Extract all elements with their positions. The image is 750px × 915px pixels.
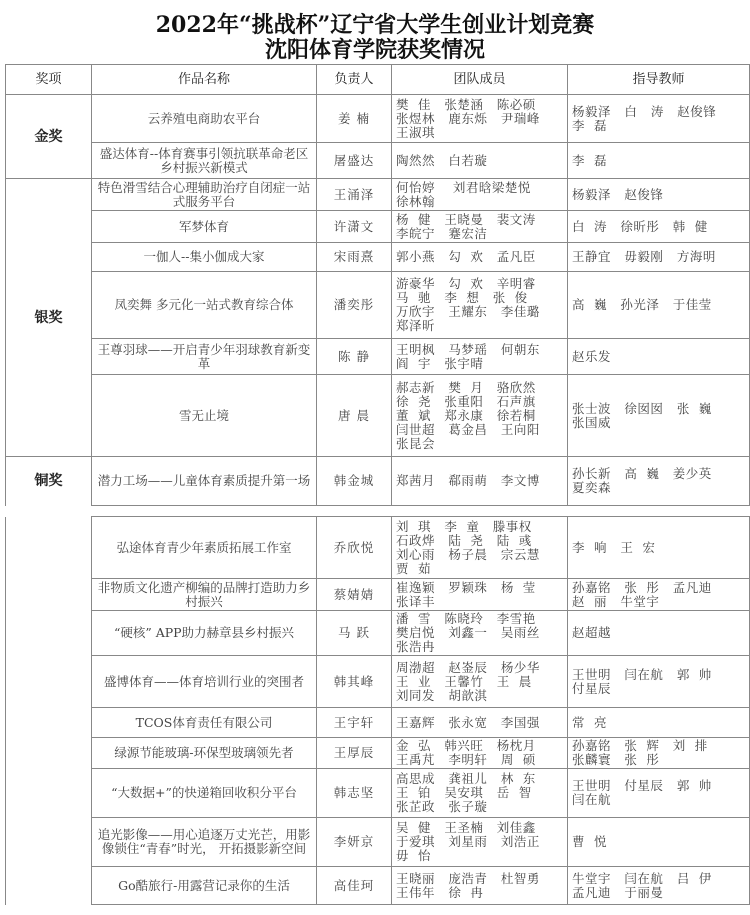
advisors: 李 磊 (568, 143, 750, 179)
name-line: 曹 悦 (572, 835, 745, 849)
name-line: 孙嘉铭 张 彤 孟凡迪 (572, 581, 745, 595)
table-header-row: 奖项 作品名称 负责人 团队成员 指导教师 (6, 65, 750, 95)
leader: 马 跃 (317, 611, 392, 656)
awards-table-part1: 奖项 作品名称 负责人 团队成员 指导教师 金奖 云养殖电商助农平台 姜 楠 樊… (5, 64, 750, 506)
name-line: 赵超越 (572, 626, 745, 640)
members: 王明枫 马梦瑶 何朝东阎 宇 张宇晴 (392, 339, 568, 375)
award-gold: 金奖 (6, 95, 92, 179)
name-line: 高思成 龚祖儿 林 东 (396, 772, 563, 786)
header-members: 团队成员 (392, 65, 568, 95)
members: 崔逸颖 罗颖珠 杨 莹张译丰 (392, 579, 568, 611)
advisors: 常 亮 (568, 708, 750, 738)
name-line: 王淑琪 (396, 126, 563, 140)
work-name: 雪无止境 (92, 375, 317, 457)
table-row: 雪无止境 唐 晨 郝志新 樊 月 骆欣然徐 尧 张重阳 石声旗董 斌 郑永康 徐… (6, 375, 750, 457)
table-row: “硬核” APP助力赫章县乡村振兴 马 跃 潘 雪 陈晓玲 李雪艳樊启悦 刘鑫一… (6, 611, 750, 656)
name-line: 李 磊 (572, 119, 745, 133)
leader: 陈 静 (317, 339, 392, 375)
name-line: 郑茜月 郗雨萌 李文博 (396, 474, 563, 488)
advisors: 白 涛 徐昕彤 韩 健 (568, 211, 750, 243)
name-line: 李 磊 (572, 154, 745, 168)
name-line: 李皖宁 蹇宏洁 (396, 227, 563, 241)
name-line: 王禹芃 李明轩 周 硕 (396, 753, 563, 767)
name-line: 万欣宇 王耀东 李佳璐 (396, 305, 563, 319)
name-line: 刘同发 胡歆淇 (396, 689, 563, 703)
name-line: 何怡婷 刘君晗梁楚悦 (396, 181, 563, 195)
work-name: 凤奕舞 多元化一站式教育综合体 (92, 272, 317, 339)
advisors: 赵超越 (568, 611, 750, 656)
name-line: 马 驰 李 想 张 俊 (396, 291, 563, 305)
advisors: 高 巍 孙光泽 于佳莹 (568, 272, 750, 339)
name-line: 张国威 (572, 416, 745, 430)
name-line: 徐林翰 (396, 195, 563, 209)
name-line: 毋 怡 (396, 849, 563, 863)
leader: 乔欣悦 (317, 517, 392, 579)
members: 潘 雪 陈晓玲 李雪艳樊启悦 刘鑫一 吴雨丝张浩冉 (392, 611, 568, 656)
members: 金 弘 韩兴旺 杨枕月王禹芃 李明轩 周 硕 (392, 738, 568, 769)
leader: 王涌泽 (317, 179, 392, 211)
name-line: 吴 健 王圣楠 刘佳鑫 (396, 821, 563, 835)
work-name: 盛博体育——体育培训行业的突围者 (92, 656, 317, 708)
leader: 唐 晨 (317, 375, 392, 457)
advisors: 张士波 徐囡囡 张 巍张国威 (568, 375, 750, 457)
name-line: 于爱琪 刘星雨 刘浩正 (396, 835, 563, 849)
advisors: 孙嘉铭 张 辉 刘 排张麟寰 张 彤 (568, 738, 750, 769)
members: 游豪华 勾 欢 辛明睿马 驰 李 想 张 俊万欣宇 王耀东 李佳璐郑泽昕 (392, 272, 568, 339)
members: 郑茜月 郗雨萌 李文博 (392, 457, 568, 506)
table-row: 金奖 云养殖电商助农平台 姜 楠 樊 佳 张楚涵 陈必硕张煜林 鹿东烁 尹瑞峰王… (6, 95, 750, 143)
table-row: 追光影像——用心追逐万丈光芒，用影像锁住“青春”时光， 开拓摄影新空间 李妍京 … (6, 818, 750, 867)
members: 吴 健 王圣楠 刘佳鑫于爱琪 刘星雨 刘浩正毋 怡 (392, 818, 568, 867)
advisors: 杨毅泽 赵俊锋 (568, 179, 750, 211)
members: 王嘉辉 张永宽 李国强 (392, 708, 568, 738)
members: 郝志新 樊 月 骆欣然徐 尧 张重阳 石声旗董 斌 郑永康 徐若桐闫世超 葛金昌… (392, 375, 568, 457)
header-leader: 负责人 (317, 65, 392, 95)
page-title-line2: 沈阳体育学院获奖情况 (0, 33, 750, 64)
name-line: 郑泽昕 (396, 319, 563, 333)
header-advisors: 指导教师 (568, 65, 750, 95)
name-line: 石政烨 陆 尧 陆 彧 (396, 534, 563, 548)
name-line: 刘心雨 杨子晨 宗云慧 (396, 548, 563, 562)
work-name: 王尊羽球——开启青少年羽球教育新变革 (92, 339, 317, 375)
members: 陶然然 白若璇 (392, 143, 568, 179)
advisors: 李 响 王 宏 (568, 517, 750, 579)
leader: 许潇文 (317, 211, 392, 243)
name-line: 张译丰 (396, 595, 563, 609)
name-line: 董 斌 郑永康 徐若桐 (396, 409, 563, 423)
work-name: 非物质文化遗产柳编的品牌打造助力乡村振兴 (92, 579, 317, 611)
name-line: 樊 佳 张楚涵 陈必硕 (396, 98, 563, 112)
advisors: 孙长新 高 巍 姜少英夏奕森 (568, 457, 750, 506)
award-silver: 银奖 (6, 179, 92, 457)
leader: 韩志坚 (317, 769, 392, 818)
name-line: 闫世超 葛金昌 王向阳 (396, 423, 563, 437)
work-name: 一伽人--集小伽成大家 (92, 243, 317, 272)
work-name: 军梦体育 (92, 211, 317, 243)
header-award: 奖项 (6, 65, 92, 95)
name-line: 王世明 付星辰 郭 帅 (572, 779, 745, 793)
work-name: “硬核” APP助力赫章县乡村振兴 (92, 611, 317, 656)
work-name: 绿源节能玻璃-环保型玻璃领先者 (92, 738, 317, 769)
name-line: 徐 尧 张重阳 石声旗 (396, 395, 563, 409)
name-line: 王伟年 徐 冉 (396, 886, 563, 900)
advisors: 王世明 闫在航 郭 帅付星辰 (568, 656, 750, 708)
name-line: 王嘉辉 张永宽 李国强 (396, 716, 563, 730)
name-line: 王静宜 毋毅刚 方海明 (572, 250, 745, 264)
name-line: 郭小燕 勾 欢 孟凡臣 (396, 250, 563, 264)
work-name: TCOS体育责任有限公司 (92, 708, 317, 738)
name-line: 孟凡迪 于丽曼 (572, 886, 745, 900)
table-row: 绿源节能玻璃-环保型玻璃领先者 王厚辰 金 弘 韩兴旺 杨枕月王禹芃 李明轩 周… (6, 738, 750, 769)
advisors: 曹 悦 (568, 818, 750, 867)
work-name: “大数据+”的快递箱回收积分平台 (92, 769, 317, 818)
name-line: 潘 雪 陈晓玲 李雪艳 (396, 612, 563, 626)
award-bronze: 铜奖 (6, 457, 92, 506)
leader: 高佳珂 (317, 867, 392, 905)
leader: 李妍京 (317, 818, 392, 867)
advisors: 王静宜 毋毅刚 方海明 (568, 243, 750, 272)
name-line: 常 亮 (572, 716, 745, 730)
name-line: 李 响 王 宏 (572, 541, 745, 555)
name-line: 金 弘 韩兴旺 杨枕月 (396, 739, 563, 753)
work-name: 特色滑雪结合心理辅助治疗自闭症一站式服务平台 (92, 179, 317, 211)
table-row: 银奖 特色滑雪结合心理辅助治疗自闭症一站式服务平台 王涌泽 何怡婷 刘君晗梁楚悦… (6, 179, 750, 211)
name-line: 牛堂宇 闫在航 吕 伊 (572, 872, 745, 886)
leader: 韩其峰 (317, 656, 392, 708)
work-name: 潜力工场——儿童体育素质提升第一场 (92, 457, 317, 506)
members: 杨 健 王晓曼 裴文涛李皖宁 蹇宏洁 (392, 211, 568, 243)
table-row: 盛博体育——体育培训行业的突围者 韩其峰 周渤超 赵崟辰 杨少华王 业 王馨竹 … (6, 656, 750, 708)
name-line: 杨 健 王晓曼 裴文涛 (396, 213, 563, 227)
name-line: 陶然然 白若璇 (396, 154, 563, 168)
members: 王晓丽 庞浩青 杜智勇王伟年 徐 冉 (392, 867, 568, 905)
advisors: 牛堂宇 闫在航 吕 伊孟凡迪 于丽曼 (568, 867, 750, 905)
work-name: Go酷旅行-用露营记录你的生活 (92, 867, 317, 905)
name-line: 郝志新 樊 月 骆欣然 (396, 381, 563, 395)
name-line: 张麟寰 张 彤 (572, 753, 745, 767)
leader: 屠盛达 (317, 143, 392, 179)
work-name: 盛达体育--体育赛事引领抗联革命老区乡村振兴新模式 (92, 143, 317, 179)
name-line: 赵 丽 牛堂宇 (572, 595, 745, 609)
advisors: 王世明 付星辰 郭 帅闫在航 (568, 769, 750, 818)
name-line: 王明枫 马梦瑶 何朝东 (396, 343, 563, 357)
table-row: 凤奕舞 多元化一站式教育综合体 潘奕彤 游豪华 勾 欢 辛明睿马 驰 李 想 张… (6, 272, 750, 339)
table-row: 弘途体育青少年素质拓展工作室 乔欣悦 刘 琪 李 童 滕事权石政烨 陆 尧 陆 … (6, 517, 750, 579)
advisors: 杨毅泽 白 涛 赵俊锋李 磊 (568, 95, 750, 143)
advisors: 赵乐发 (568, 339, 750, 375)
name-line: 孙长新 高 巍 姜少英 (572, 467, 745, 481)
table-row: Go酷旅行-用露营记录你的生活 高佳珂 王晓丽 庞浩青 杜智勇王伟年 徐 冉 牛… (6, 867, 750, 905)
work-name: 弘途体育青少年素质拓展工作室 (92, 517, 317, 579)
table-row: 非物质文化遗产柳编的品牌打造助力乡村振兴 蔡婧婧 崔逸颖 罗颖珠 杨 莹张译丰 … (6, 579, 750, 611)
award-bronze-continued (6, 517, 92, 905)
leader: 姜 楠 (317, 95, 392, 143)
members: 周渤超 赵崟辰 杨少华王 业 王馨竹 王 晨刘同发 胡歆淇 (392, 656, 568, 708)
name-line: 樊启悦 刘鑫一 吴雨丝 (396, 626, 563, 640)
name-line: 孙嘉铭 张 辉 刘 排 (572, 739, 745, 753)
name-line: 阎 宇 张宇晴 (396, 357, 563, 371)
name-line: 高 巍 孙光泽 于佳莹 (572, 298, 745, 312)
members: 郭小燕 勾 欢 孟凡臣 (392, 243, 568, 272)
members: 何怡婷 刘君晗梁楚悦徐林翰 (392, 179, 568, 211)
table-row: 铜奖 潜力工场——儿童体育素质提升第一场 韩金城 郑茜月 郗雨萌 李文博 孙长新… (6, 457, 750, 506)
name-line: 王 铂 吴安琪 岳 智 (396, 786, 563, 800)
name-line: 张昆会 (396, 437, 563, 451)
members: 刘 琪 李 童 滕事权石政烨 陆 尧 陆 彧刘心雨 杨子晨 宗云慧贾 茹 (392, 517, 568, 579)
name-line: 杨毅泽 白 涛 赵俊锋 (572, 105, 745, 119)
table-row: 盛达体育--体育赛事引领抗联革命老区乡村振兴新模式 屠盛达 陶然然 白若璇 李 … (6, 143, 750, 179)
table-row: 一伽人--集小伽成大家 宋雨熹 郭小燕 勾 欢 孟凡臣 王静宜 毋毅刚 方海明 (6, 243, 750, 272)
leader: 王厚辰 (317, 738, 392, 769)
name-line: 王 业 王馨竹 王 晨 (396, 675, 563, 689)
name-line: 赵乐发 (572, 350, 745, 364)
name-line: 游豪华 勾 欢 辛明睿 (396, 277, 563, 291)
name-line: 刘 琪 李 童 滕事权 (396, 520, 563, 534)
name-line: 张芷政 张子璇 (396, 800, 563, 814)
leader: 宋雨熹 (317, 243, 392, 272)
table-row: 军梦体育 许潇文 杨 健 王晓曼 裴文涛李皖宁 蹇宏洁 白 涛 徐昕彤 韩 健 (6, 211, 750, 243)
name-line: 付星辰 (572, 682, 745, 696)
name-line: 张浩冉 (396, 640, 563, 654)
name-line: 贾 茹 (396, 562, 563, 576)
leader: 蔡婧婧 (317, 579, 392, 611)
name-line: 张煜林 鹿东烁 尹瑞峰 (396, 112, 563, 126)
leader: 王宇轩 (317, 708, 392, 738)
awards-table-part2: 弘途体育青少年素质拓展工作室 乔欣悦 刘 琪 李 童 滕事权石政烨 陆 尧 陆 … (5, 516, 750, 905)
advisors: 孙嘉铭 张 彤 孟凡迪赵 丽 牛堂宇 (568, 579, 750, 611)
members: 樊 佳 张楚涵 陈必硕张煜林 鹿东烁 尹瑞峰王淑琪 (392, 95, 568, 143)
work-name: 云养殖电商助农平台 (92, 95, 317, 143)
table-row: “大数据+”的快递箱回收积分平台 韩志坚 高思成 龚祖儿 林 东王 铂 吴安琪 … (6, 769, 750, 818)
header-work: 作品名称 (92, 65, 317, 95)
members: 高思成 龚祖儿 林 东王 铂 吴安琪 岳 智张芷政 张子璇 (392, 769, 568, 818)
table-row: 王尊羽球——开启青少年羽球教育新变革 陈 静 王明枫 马梦瑶 何朝东阎 宇 张宇… (6, 339, 750, 375)
name-line: 王世明 闫在航 郭 帅 (572, 668, 745, 682)
table-row: TCOS体育责任有限公司 王宇轩 王嘉辉 张永宽 李国强 常 亮 (6, 708, 750, 738)
name-line: 周渤超 赵崟辰 杨少华 (396, 661, 563, 675)
leader: 韩金城 (317, 457, 392, 506)
name-line: 夏奕森 (572, 481, 745, 495)
name-line: 崔逸颖 罗颖珠 杨 莹 (396, 581, 563, 595)
leader: 潘奕彤 (317, 272, 392, 339)
name-line: 张士波 徐囡囡 张 巍 (572, 402, 745, 416)
name-line: 王晓丽 庞浩青 杜智勇 (396, 872, 563, 886)
name-line: 闫在航 (572, 793, 745, 807)
name-line: 白 涛 徐昕彤 韩 健 (572, 220, 745, 234)
work-name: 追光影像——用心追逐万丈光芒，用影像锁住“青春”时光， 开拓摄影新空间 (92, 818, 317, 867)
name-line: 杨毅泽 赵俊锋 (572, 188, 745, 202)
